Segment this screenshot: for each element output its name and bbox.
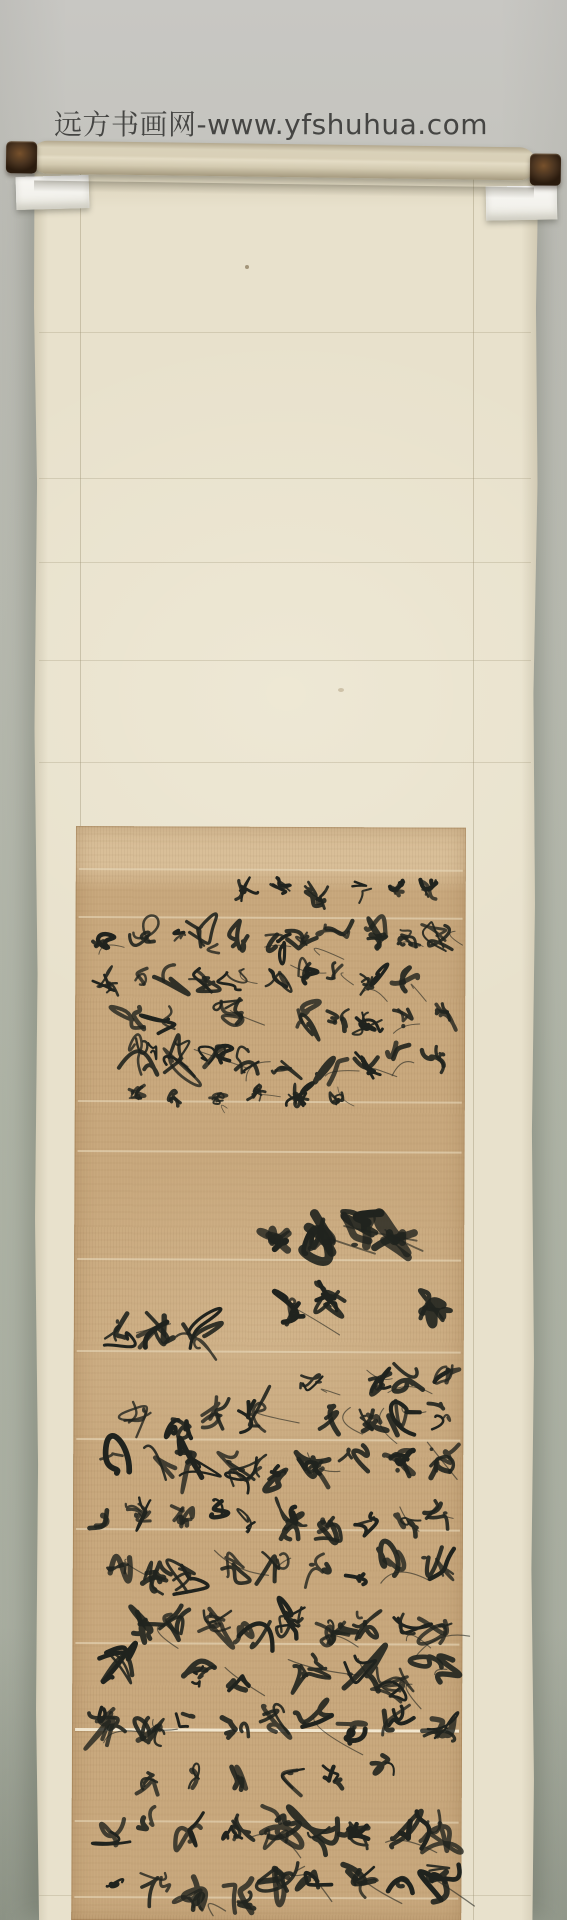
watermark-text: 远方书画网-www.yfshuhua.com [54, 103, 488, 143]
roller-knob-left [6, 141, 37, 173]
panel-crease [79, 916, 463, 920]
scroll-mount-silk [33, 168, 539, 1920]
roller-knob-right [530, 153, 561, 185]
silk-crease [39, 562, 531, 563]
silk-crease [39, 660, 531, 661]
panel-crease [76, 1438, 460, 1442]
panel-crease [78, 1150, 462, 1154]
silk-crease [39, 762, 531, 763]
silk-stain [245, 265, 249, 269]
panel-crease [75, 1728, 459, 1733]
panel-crease [77, 1258, 461, 1262]
panel-crease [77, 1350, 461, 1354]
roller-fabric-body [31, 140, 536, 180]
silk-crease [39, 332, 531, 333]
panel-crease [78, 1100, 462, 1104]
scroll-photograph: 远方书画网-www.yfshuhua.com [0, 0, 567, 1920]
panel-crease [76, 1528, 460, 1532]
mount-seam-right [473, 168, 474, 1920]
panel-crease [75, 1642, 459, 1646]
panel-crease [74, 1896, 458, 1900]
panel-crease [75, 1820, 459, 1824]
panel-crease [79, 868, 463, 872]
silk-crease [39, 478, 531, 479]
calligraphy-panel [71, 826, 466, 1920]
top-roller-rod [5, 137, 563, 187]
silk-stain [338, 688, 344, 692]
